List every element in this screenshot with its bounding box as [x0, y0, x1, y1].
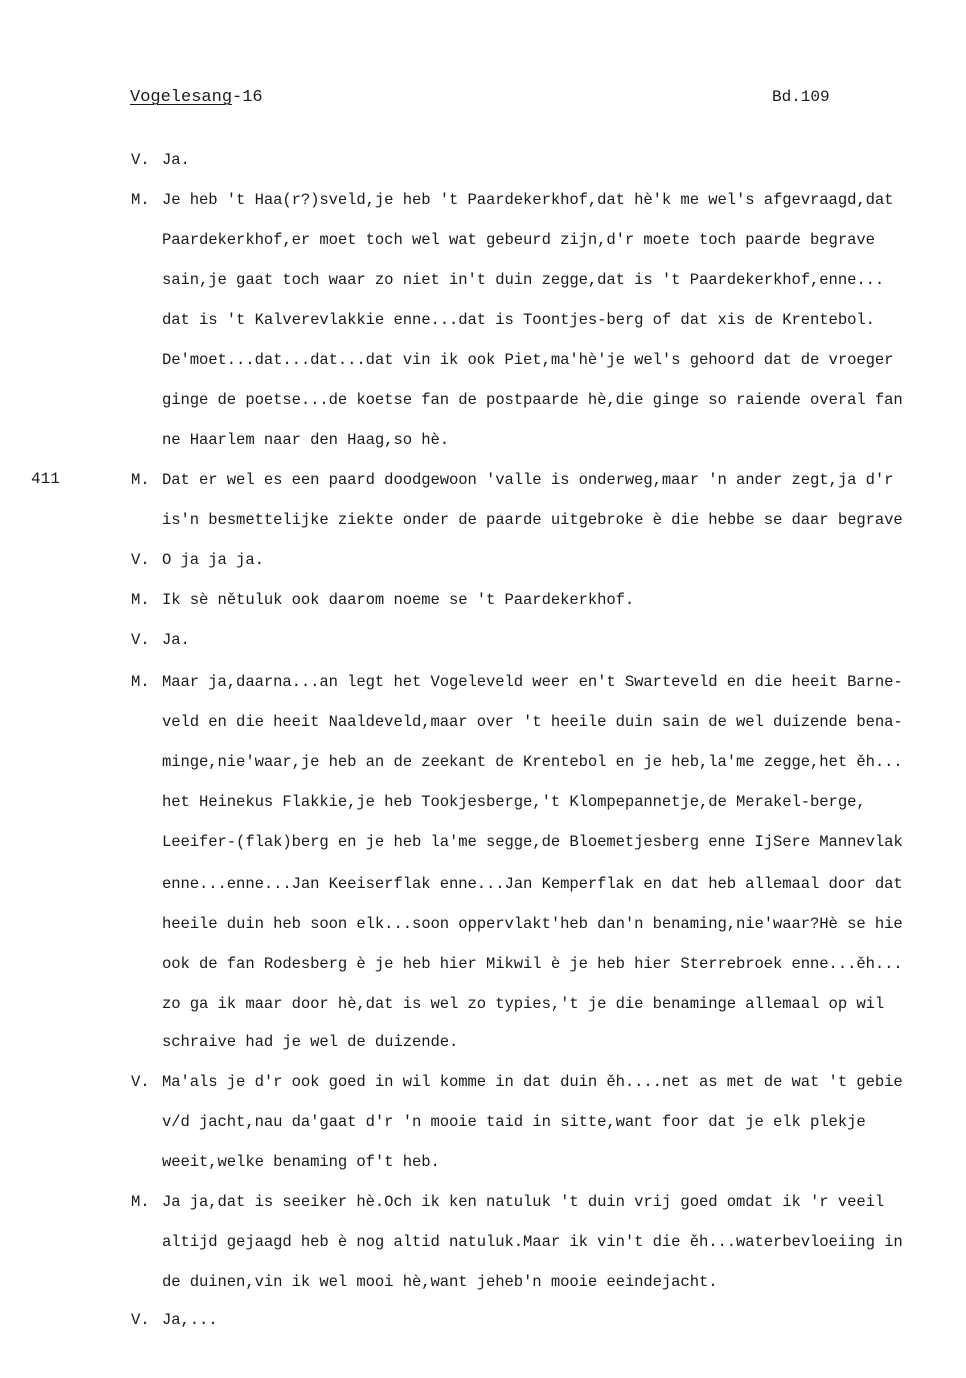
- line-text: Ik sè nětuluk ook daarom noeme se 't Paa…: [162, 591, 634, 609]
- line-text: Ja.: [162, 151, 190, 169]
- transcript-line: ne Haarlem naar den Haag,so hè.: [162, 430, 449, 450]
- transcript-line: minge,nie'waar,je heb an de zeekant de K…: [162, 752, 903, 772]
- line-text: dat is 't Kalverevlakkie enne...dat is T…: [162, 311, 875, 329]
- transcript-line: V.Ma'als je d'r ook goed in wil komme in…: [131, 1072, 903, 1092]
- line-text: altijd gejaagd heb è nog altid natuluk.M…: [162, 1233, 903, 1251]
- line-text: v/d jacht,nau da'gaat d'r 'n mooie taid …: [162, 1113, 866, 1131]
- line-text: Ja ja,dat is seeiker hè.Och ik ken natul…: [162, 1193, 884, 1211]
- page-reference: Bd.109: [772, 88, 830, 106]
- speaker-label: V.: [131, 1072, 162, 1092]
- transcript-line: de duinen,vin ik wel mooi hè,want jeheb'…: [162, 1272, 717, 1292]
- transcript-line: schraive had je wel de duizende.: [162, 1032, 458, 1052]
- line-text: zo ga ik maar door hè,dat is wel zo typi…: [162, 995, 884, 1013]
- line-text: veld en die heeit Naaldeveld,maar over '…: [162, 713, 903, 731]
- transcript-line: v/d jacht,nau da'gaat d'r 'n mooie taid …: [162, 1112, 866, 1132]
- line-text: sain,je gaat toch waar zo niet in't duin…: [162, 271, 884, 289]
- transcript-line: V.O ja ja ja.: [131, 550, 264, 570]
- line-text: Ja,...: [162, 1311, 218, 1329]
- transcript-line: V.Ja.: [131, 150, 190, 170]
- line-text: het Heinekus Flakkie,je heb Tookjesberge…: [162, 793, 866, 811]
- speaker-label: V.: [131, 1310, 162, 1330]
- transcript-line: V.Ja.: [131, 630, 190, 650]
- line-text: heeile duin heb soon elk...soon oppervla…: [162, 915, 903, 933]
- transcript-line: altijd gejaagd heb è nog altid natuluk.M…: [162, 1232, 903, 1252]
- line-text: ook de fan Rodesberg è je heb hier Mikwi…: [162, 955, 903, 973]
- line-text: is'n besmettelijke ziekte onder de paard…: [162, 511, 903, 529]
- speaker-label: M.: [131, 1192, 162, 1212]
- transcript-line: sain,je gaat toch waar zo niet in't duin…: [162, 270, 884, 290]
- transcript-line: enne...enne...Jan Keeiserflak enne...Jan…: [162, 874, 903, 894]
- transcript-line: V.Ja,...: [131, 1310, 218, 1330]
- line-text: ne Haarlem naar den Haag,so hè.: [162, 431, 449, 449]
- title-suffix: -16: [232, 88, 263, 107]
- transcript-line: het Heinekus Flakkie,je heb Tookjesberge…: [162, 792, 866, 812]
- speaker-label: V.: [131, 550, 162, 570]
- transcript-line: Paardekerkhof,er moet toch wel wat gebeu…: [162, 230, 875, 250]
- line-text: schraive had je wel de duizende.: [162, 1033, 458, 1051]
- speaker-label: M.: [131, 470, 162, 490]
- speaker-label: V.: [131, 150, 162, 170]
- transcript-line: dat is 't Kalverevlakkie enne...dat is T…: [162, 310, 875, 330]
- line-text: Dat er wel es een paard doodgewoon 'vall…: [162, 471, 893, 489]
- line-text: weeit,welke benaming of't heb.: [162, 1153, 440, 1171]
- transcript-line: M.Maar ja,daarna...an legt het Vogelevel…: [131, 672, 903, 692]
- transcript-line: M.Ja ja,dat is seeiker hè.Och ik ken nat…: [131, 1192, 884, 1212]
- transcript-line: M.Ik sè nětuluk ook daarom noeme se 't P…: [131, 590, 634, 610]
- line-text: Ma'als je d'r ook goed in wil komme in d…: [162, 1073, 903, 1091]
- line-text: Paardekerkhof,er moet toch wel wat gebeu…: [162, 231, 875, 249]
- line-text: Leeifer-(flak)berg en je heb la'me segge…: [162, 833, 903, 851]
- transcript-line: ginge de poetse...de koetse fan de postp…: [162, 390, 903, 410]
- document-title: Vogelesang-16: [130, 88, 263, 107]
- line-text: O ja ja ja.: [162, 551, 264, 569]
- transcript-line: M.Je heb 't Haa(r?)sveld,je heb 't Paard…: [131, 190, 893, 210]
- transcript-line: weeit,welke benaming of't heb.: [162, 1152, 440, 1172]
- speaker-label: M.: [131, 590, 162, 610]
- transcript-line: De'moet...dat...dat...dat vin ik ook Pie…: [162, 350, 893, 370]
- title-underlined: Vogelesang: [130, 88, 232, 107]
- transcript-line: is'n besmettelijke ziekte onder de paard…: [162, 510, 903, 530]
- speaker-label: M.: [131, 190, 162, 210]
- transcript-line: M.Dat er wel es een paard doodgewoon 'va…: [131, 470, 893, 490]
- line-text: Ja.: [162, 631, 190, 649]
- line-text: Maar ja,daarna...an legt het Vogeleveld …: [162, 673, 903, 691]
- transcript-line: veld en die heeit Naaldeveld,maar over '…: [162, 712, 903, 732]
- transcript-line: ook de fan Rodesberg è je heb hier Mikwi…: [162, 954, 903, 974]
- line-text: Je heb 't Haa(r?)sveld,je heb 't Paardek…: [162, 191, 893, 209]
- transcript-page: Vogelesang-16 Bd.109 411 V.Ja.M.Je heb '…: [0, 0, 966, 1378]
- line-text: minge,nie'waar,je heb an de zeekant de K…: [162, 753, 903, 771]
- speaker-label: M.: [131, 672, 162, 692]
- margin-line-number: 411: [31, 470, 60, 488]
- line-text: De'moet...dat...dat...dat vin ik ook Pie…: [162, 351, 893, 369]
- speaker-label: V.: [131, 630, 162, 650]
- line-text: ginge de poetse...de koetse fan de postp…: [162, 391, 903, 409]
- transcript-line: Leeifer-(flak)berg en je heb la'me segge…: [162, 832, 903, 852]
- line-text: enne...enne...Jan Keeiserflak enne...Jan…: [162, 875, 903, 893]
- transcript-line: heeile duin heb soon elk...soon oppervla…: [162, 914, 903, 934]
- line-text: de duinen,vin ik wel mooi hè,want jeheb'…: [162, 1273, 717, 1291]
- transcript-line: zo ga ik maar door hè,dat is wel zo typi…: [162, 994, 884, 1014]
